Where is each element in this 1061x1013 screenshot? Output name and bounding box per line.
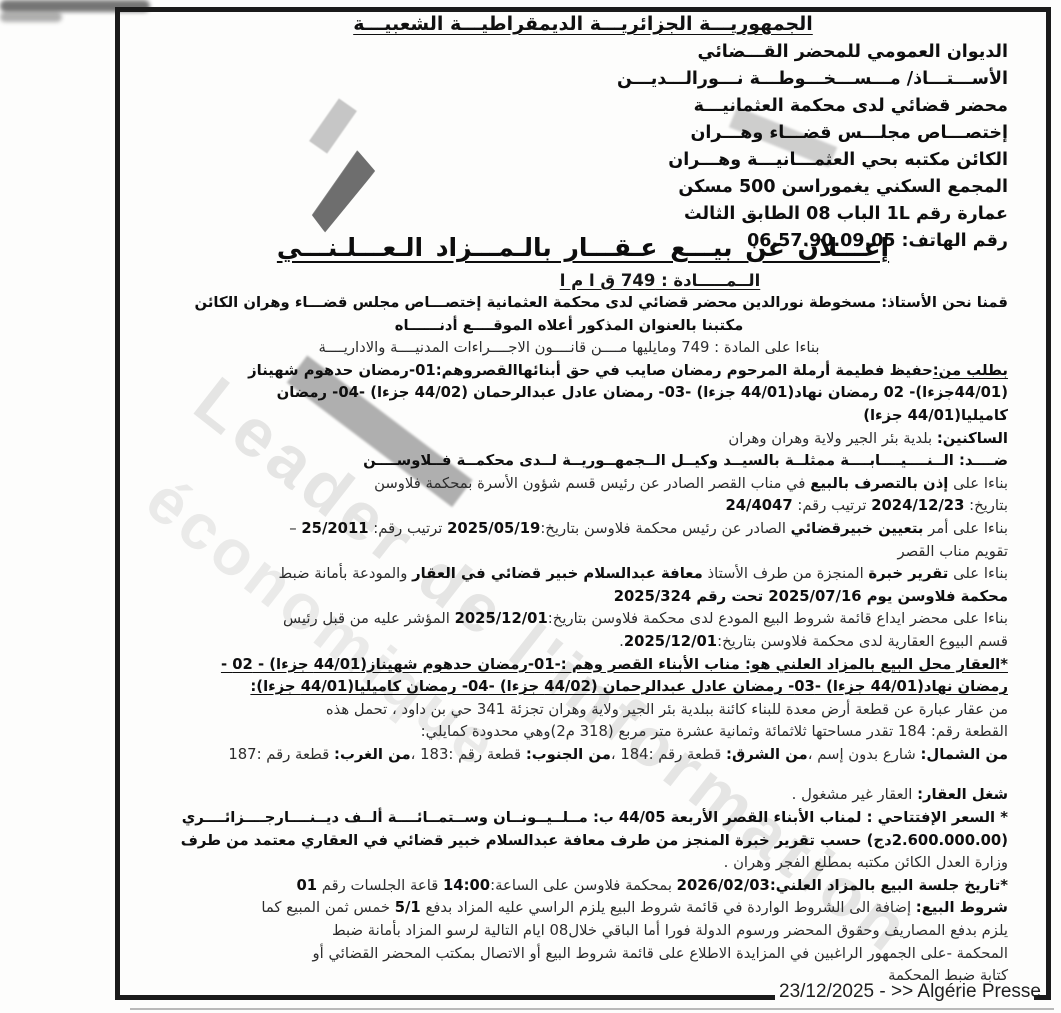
body-line: يلزم بدفع المصاريف وحقوق المحضر ورسوم ال…	[130, 920, 1008, 943]
body-line: قمنا نحن الأستاذ: مسخوطة نورالدين محضر ق…	[130, 292, 1008, 315]
body-line: *العقار محل البيع بالمزاد العلني هو: منا…	[130, 654, 1008, 677]
body-line: * السعر الإفتتاحي : لمناب الأبناء القصر …	[130, 807, 1008, 830]
office-line: المجمع السكني يغموراسن 500 مسكن	[617, 174, 1008, 201]
ink-smudge	[0, 12, 62, 22]
body-line: الساكنين: بلدية بئر الجير ولاية وهران وه…	[130, 428, 1008, 451]
announcement-title: إعـــلان عن بيـــع عـقـــار بالـمـــزاد …	[115, 233, 1051, 262]
article-reference: الــمـــــادة : 749 ق ا م ا	[480, 271, 840, 290]
scan-baseline-rule	[130, 1008, 1054, 1010]
body-line: تقويم مناب القصر	[130, 541, 1008, 564]
republic-title: الجمهوريـــة الجزائريـــة الديمقراطيـــة…	[115, 13, 1051, 35]
body-line: (44/01جزءا)- 02 رمضان نهاد(44/01 جزءا) -…	[130, 382, 1008, 405]
office-line: إختصـــاص مجلـــس قضـــاء وهـــران	[617, 120, 1008, 147]
document-body: قمنا نحن الأستاذ: مسخوطة نورالدين محضر ق…	[130, 292, 1008, 988]
notary-office-block: الديوان العمومي للمحضر القـــضائيالأســـ…	[617, 39, 1008, 255]
body-line: ضــــد: الــنــــيــــابــــة ممثلــة با…	[130, 450, 1008, 473]
office-line: الأســـتـــاذ/ مـــســـخـــوطـــة نـــور…	[617, 66, 1008, 93]
body-line: (2.600.000.00دج) حسب تقرير خبرة المنجز م…	[130, 830, 1008, 853]
body-line: بتاريخ: 2024/12/23 ترتيب رقم: 24/4047	[130, 495, 1008, 518]
body-line: رمضان نهاد(44/01 جزءا) -03- رمضان عادل ع…	[130, 676, 1008, 699]
body-line: من عقار عبارة عن قطعة أرض معدة للبناء كا…	[130, 699, 1008, 722]
footer-date-source: 23/12/2025 - >> Algérie Presse	[779, 981, 1041, 1003]
body-line: بناءا على إذن بالتصرف بالبيع في مناب الق…	[130, 473, 1008, 496]
office-line: الكائن مكتبه بحي العثمـــانيـــة وهـــرا…	[617, 147, 1008, 174]
body-line: بناءا على أمر بتعيين خبيرقضائي الصادر عن…	[130, 518, 1008, 541]
body-line: المحكمة -على الجمهور الراغبين في المزايد…	[130, 943, 1008, 966]
body-line: بناءا على محضر ايداع قائمة شروط البيع ال…	[130, 608, 1008, 631]
bottom-border-line-left	[115, 995, 775, 1000]
body-line: بطلب من:حفيظ فطيمة أرملة المرحوم رمضان ص…	[130, 360, 1008, 383]
body-line: *تاريخ جلسة البيع بالمزاد العلني:2026/02…	[130, 875, 1008, 898]
body-line: كاميليا(44/01 جزءا)	[130, 405, 1008, 428]
body-line: شغل العقار: العقار غير مشغول .	[130, 784, 1008, 807]
body-line: بناءا على تقرير خبرة المنجزة من طرف الأس…	[130, 563, 1008, 586]
body-line: بناءا على المادة : 749 ومايليها مــــن ق…	[130, 337, 1008, 360]
office-line: الديوان العمومي للمحضر القـــضائي	[617, 39, 1008, 66]
body-line: وزارة العدل الكائن مكتبه بمطلع الفجر وهر…	[130, 852, 1008, 875]
office-line: عمارة رقم 1L الباب 08 الطابق الثالث	[617, 201, 1008, 228]
body-line: مكتبنا بالعنوان المذكور أعلاه الموقــــع…	[130, 315, 1008, 338]
body-line: شروط البيع: إضافة الى الشروط الواردة في …	[130, 897, 1008, 920]
body-line: من الشمال: شارع بدون إسم ،من الشرق: قطعة…	[130, 744, 1008, 767]
office-line: محضر قضائي لدى محكمة العثمانيـــة	[617, 93, 1008, 120]
body-line: محكمة فلاوسن يوم 2025/07/16 تحت رقم 2025…	[130, 586, 1008, 609]
scanned-auction-notice-page: Leader de l'information économique الجمه…	[0, 0, 1061, 1013]
body-line: القطعة رقم: 184 تقدر مساحتها ثلاثمائة وث…	[130, 721, 1008, 744]
body-line: قسم البيوع العقارية لدى محكمة فلاوسن بتا…	[130, 631, 1008, 654]
